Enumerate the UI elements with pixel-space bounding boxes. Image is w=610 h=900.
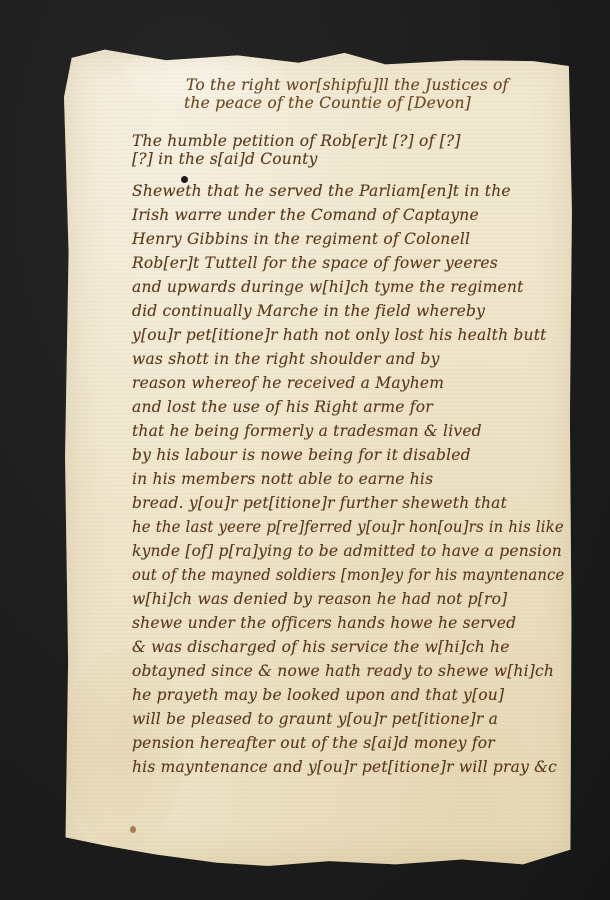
body-line: Irish warre under the Comand of Captayne	[132, 206, 479, 224]
body-line: his mayntenance and y[ou]r pet[itione]r …	[132, 758, 557, 776]
body-line: pension hereafter out of the s[ai]d mone…	[132, 734, 495, 752]
body-line: reason whereof he received a Mayhem	[132, 374, 444, 392]
salutation-line: [?] in the s[ai]d County	[132, 150, 318, 168]
body-line: he the last yeere p[re]ferred y[ou]r hon…	[132, 518, 564, 536]
body-line: Rob[er]t Tuttell for the space of fower …	[132, 254, 498, 272]
body-line: & was discharged of his service the w[hi…	[132, 638, 510, 656]
body-line: and upwards duringe w[hi]ch tyme the reg…	[132, 278, 524, 296]
body-line: in his members nott able to earne his	[132, 470, 433, 488]
body-line: did continually Marche in the field wher…	[132, 302, 485, 320]
body-line: that he being formerly a tradesman & liv…	[132, 422, 482, 440]
address-line: the peace of the Countie of [Devon]	[184, 94, 471, 112]
body-line: bread. y[ou]r pet[itione]r further shewe…	[132, 494, 507, 512]
body-line: by his labour is nowe being for it disab…	[132, 446, 471, 464]
body-line: w[hi]ch was denied by reason he had not …	[132, 590, 507, 608]
body-line: was shott in the right shoulder and by	[132, 350, 440, 368]
body-line: Sheweth that he served the Parliam[en]t …	[132, 182, 511, 200]
body-line: and lost the use of his Right arme for	[132, 398, 433, 416]
body-line: he prayeth may be looked upon and that y…	[132, 686, 504, 704]
body-line: y[ou]r pet[itione]r hath not only lost h…	[132, 326, 547, 344]
body-line: obtayned since & nowe hath ready to shew…	[132, 662, 554, 680]
salutation-line: The humble petition of Rob[er]t [?] of […	[132, 132, 461, 150]
body-line: will be pleased to graunt y[ou]r pet[iti…	[132, 710, 498, 728]
body-line: kynde [of] p[ra]ying to be admitted to h…	[132, 542, 562, 560]
foxing-stain	[130, 826, 136, 833]
body-line: shewe under the officers hands howe he s…	[132, 614, 516, 632]
body-line: Henry Gibbins in the regiment of Colonel…	[132, 230, 470, 248]
address-line: To the right wor[shipfu]ll the Justices …	[186, 76, 508, 94]
body-line: out of the mayned soldiers [mon]ey for h…	[132, 566, 564, 584]
